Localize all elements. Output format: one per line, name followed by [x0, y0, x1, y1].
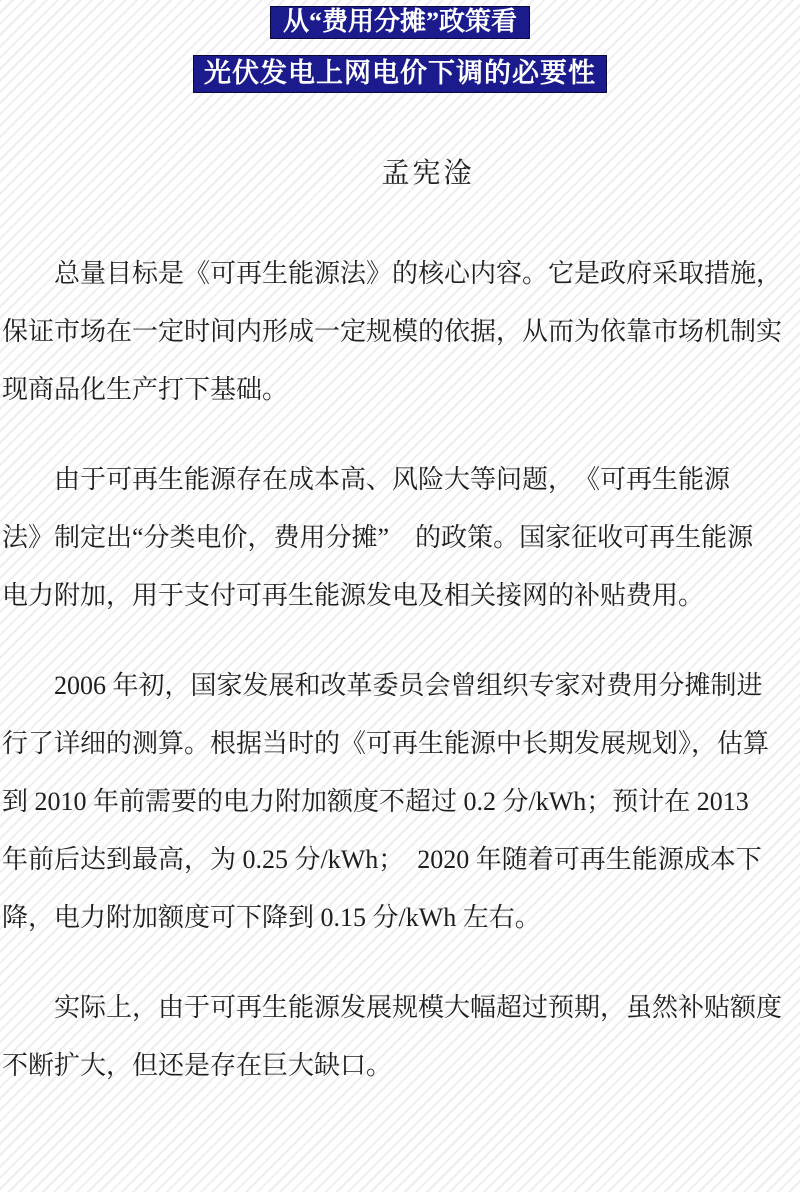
document-page: { "page": { "kind": "scanned-article-pag… — [0, 0, 800, 1192]
paragraph-4: 实际上，由于可再生能源发展规模大幅超过预期，虽然补贴额度 不断扩大，但还是存在巨… — [2, 979, 798, 1095]
article-body: 总量目标是《可再生能源法》的核心内容。它是政府采取措施， 保证市场在一定时间内形… — [0, 245, 800, 1095]
author-name: 孟宪淦 — [0, 157, 800, 191]
title-line-2-wrap: 光伏发电上网电价下调的必要性 — [0, 55, 800, 93]
title-line-1-wrap: 从“费用分摊”政策看 — [0, 6, 800, 39]
title-line-2-highlight: 光伏发电上网电价下调的必要性 — [193, 55, 607, 93]
paragraph-1: 总量目标是《可再生能源法》的核心内容。它是政府采取措施， 保证市场在一定时间内形… — [2, 245, 798, 419]
document-title: 从“费用分摊”政策看 光伏发电上网电价下调的必要性 — [0, 0, 800, 93]
title-line-1-highlight: 从“费用分摊”政策看 — [270, 6, 530, 39]
paragraph-2: 由于可再生能源存在成本高、风险大等问题， 《可再生能源 法》制定出“分类电价，费… — [2, 451, 798, 625]
paragraph-3: 2006 年初，国家发展和改革委员会曾组织专家对费用分摊制进 行了详细的测算。根… — [2, 657, 798, 947]
